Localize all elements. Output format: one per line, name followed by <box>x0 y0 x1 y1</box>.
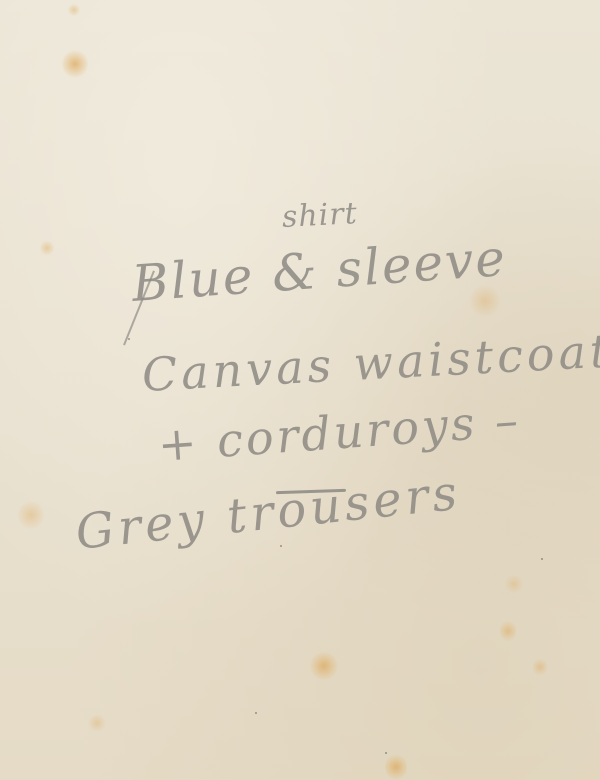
foxing-stain <box>310 652 338 680</box>
note-line-corduroys: + corduroys – <box>156 393 522 472</box>
foxing-stain <box>500 620 516 642</box>
paper-speck <box>128 338 130 340</box>
foxing-stain <box>40 240 54 256</box>
foxing-stain <box>533 658 547 676</box>
paper-speck <box>255 712 257 714</box>
note-line-canvas-waistcoat: Canvas waistcoat <box>141 323 600 402</box>
note-line-blue-sleeve: Blue & sleeve <box>130 229 509 313</box>
paper-speck <box>385 752 387 754</box>
paper-speck <box>541 558 543 560</box>
note-line-shirt: shirt <box>281 196 358 235</box>
foxing-stain <box>68 4 80 16</box>
foxing-stain <box>385 754 407 780</box>
foxing-stain <box>470 285 500 317</box>
paper-speck <box>280 545 282 547</box>
foxing-stain <box>88 715 106 731</box>
foxing-stain <box>505 575 523 593</box>
aged-paper-sheet: shirt Blue & sleeve Canvas waistcoat + c… <box>0 0 600 780</box>
foxing-stain <box>18 500 44 530</box>
foxing-stain <box>62 50 88 78</box>
note-line-grey-trousers: Grey trousers <box>73 465 463 561</box>
